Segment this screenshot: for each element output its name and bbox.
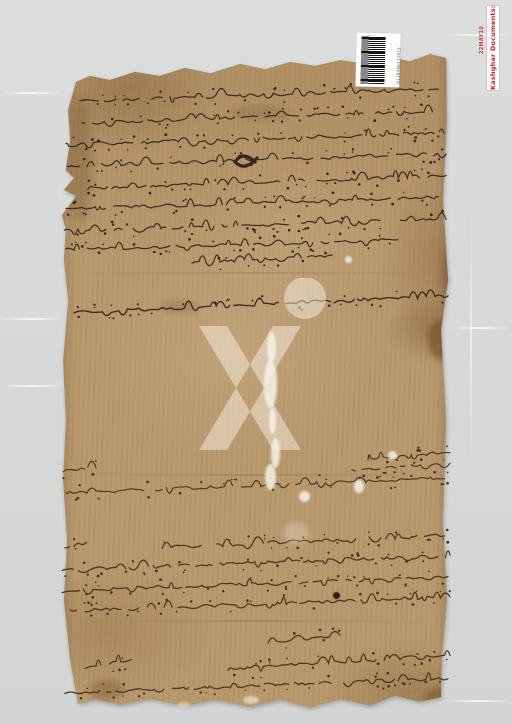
barcode-icon xyxy=(360,36,385,85)
crease-line xyxy=(68,620,442,622)
scanner-background: 0110486211015 22MAY10 Kashghar Documents… xyxy=(0,0,512,724)
ink-blot xyxy=(333,592,340,599)
paper-stain xyxy=(66,95,92,225)
crease-line xyxy=(68,474,442,476)
document-paper xyxy=(0,0,512,724)
crease-line xyxy=(68,272,442,274)
archive-label: Kashghar Documents: LA-071 xyxy=(487,6,499,90)
archive-code: 22MAY10 xyxy=(479,6,486,54)
paper-sheet xyxy=(60,50,450,713)
paper-stain xyxy=(90,680,124,700)
paper-stain xyxy=(428,320,454,360)
paper-stain xyxy=(443,245,461,300)
barcode-label: 0110486211015 xyxy=(355,32,400,87)
paper-stain xyxy=(160,300,200,314)
paper-stain xyxy=(230,105,290,121)
paper-stain xyxy=(424,688,452,706)
